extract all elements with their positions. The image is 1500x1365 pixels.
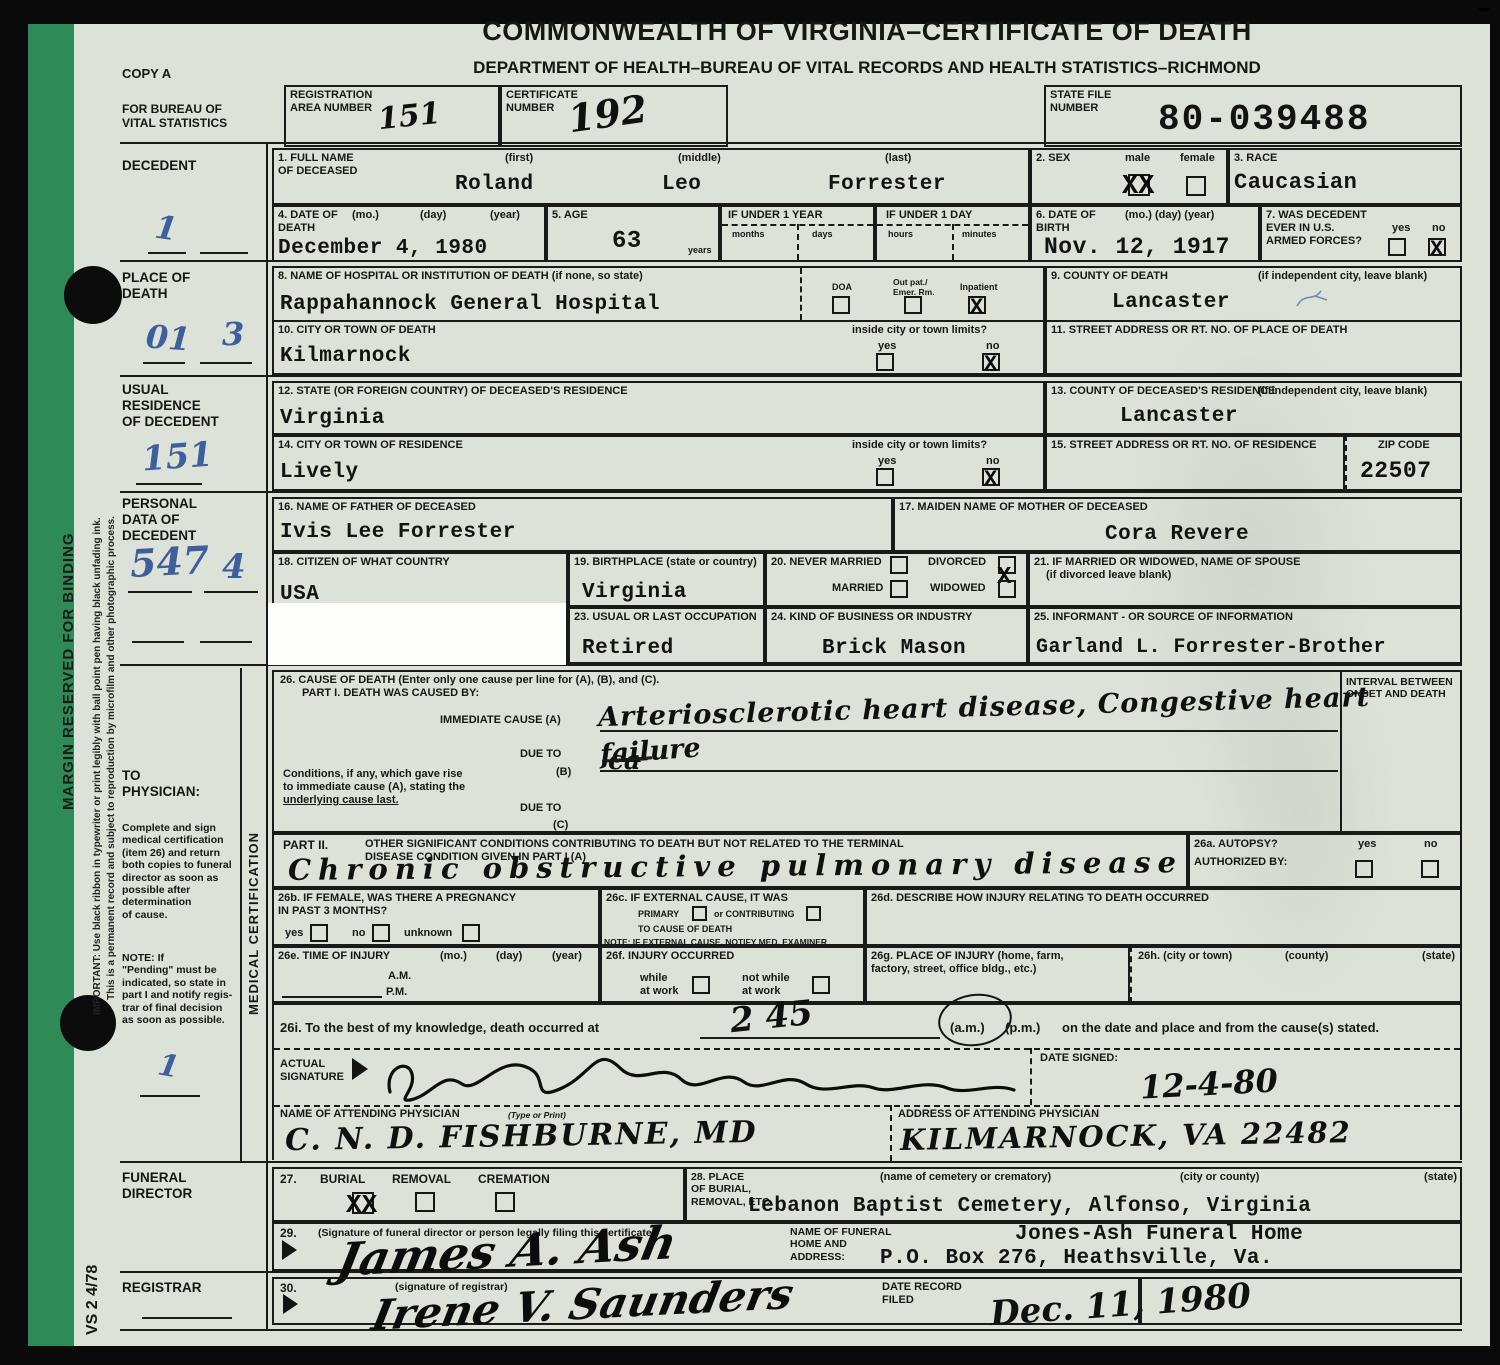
spouse-label: 21. IF MARRIED OR WIDOWED, NAME OF SPOUS… [1034, 556, 1300, 569]
rule [120, 1161, 1462, 1163]
funeral-sig-number: 29. [280, 1226, 297, 1240]
external-cause-label: 26c. IF EXTERNAL CAUSE, IT WAS [606, 892, 788, 905]
date-of-death-label: 4. DATE OF [278, 209, 338, 222]
forces-no-label: no [1432, 222, 1445, 235]
cause-b-line [600, 770, 1338, 772]
burial-city-hint: (city or county) [1180, 1171, 1259, 1184]
mo-hint: (mo.) [352, 209, 379, 222]
injury-city-label: 26h. (city or town) [1138, 950, 1232, 963]
funeral-home-address: P.O. Box 276, Heathsville, Va. [880, 1248, 1273, 1269]
middle-hint: (middle) [678, 152, 721, 165]
year-hint: (year) [490, 209, 520, 222]
copy-label: COPY A [122, 66, 171, 81]
section-decedent: DECEDENT [122, 158, 196, 174]
city-of-death-value: Kilmarnock [280, 346, 411, 367]
b-label: (B) [556, 766, 571, 779]
cremation-checkbox [495, 1192, 515, 1212]
injury-day-hint: (day) [496, 950, 522, 963]
age-label: 5. AGE [552, 209, 588, 222]
doa-checkbox [832, 296, 850, 314]
death-word-label: DEATH [278, 222, 315, 235]
actual-signature-label: ACTUAL SIGNATURE [280, 1058, 344, 1084]
autopsy-yes-checkbox [1355, 860, 1373, 878]
rule [800, 268, 802, 320]
rule [120, 142, 1462, 144]
margin-handwriting-personal-b: 4 [222, 550, 246, 584]
county-of-death-label: 9. COUNTY OF DEATH [1051, 270, 1168, 283]
place-of-injury-label: 26g. PLACE OF INJURY (home, farm, factor… [871, 950, 1064, 976]
residence-county-label: 13. COUNTY OF DECEASED'S RESIDENCE [1051, 385, 1275, 398]
blank-rule [136, 483, 202, 485]
date-of-birth-value: Nov. 12, 1917 [1044, 236, 1230, 259]
injury-county-hint: (county) [1285, 950, 1328, 963]
section-usual-residence: USUAL RESIDENCE OF DECEDENT [122, 382, 219, 430]
margin-handwriting-place-b: 3 [222, 318, 244, 350]
months-label: months [732, 229, 765, 240]
citizen-value: USA [280, 584, 319, 605]
blank-rule [204, 591, 258, 593]
injury-mo-hint: (mo.) [440, 950, 467, 963]
place-of-burial-value: Lebanon Baptist Cemetery, Alfonso, Virgi… [748, 1196, 1311, 1217]
margin-handwriting-decedent: 1 [153, 211, 180, 246]
while-at-work-label: while at work [640, 972, 679, 998]
am-paren-label: (a.m.) [950, 1020, 985, 1035]
residence-street-label: 15. STREET ADDRESS OR RT. NO. OF RESIDEN… [1051, 439, 1316, 452]
rule [1030, 1048, 1032, 1105]
female-label: female [1180, 152, 1215, 165]
death-time-post-text: on the date and place and from the cause… [1062, 1020, 1379, 1035]
hospital-label: 8. NAME OF HOSPITAL OR INSTITUTION OF DE… [278, 270, 643, 283]
inpatient-label: Inpatient [960, 282, 998, 293]
stray-pen-mark [1295, 288, 1329, 310]
section-registrar: REGISTRAR [122, 1280, 202, 1296]
contributing-label: or CONTRIBUTING [714, 909, 795, 920]
time-of-injury-label: 26e. TIME OF INJURY [278, 950, 390, 963]
pending-note: NOTE: If "Pending" must be indicated, so… [122, 952, 277, 1026]
outpatient-checkbox [904, 296, 922, 314]
conditions-note: Conditions, if any, which gave rise to i… [283, 768, 465, 794]
funeral-home-label: NAME OF FUNERAL HOME AND ADDRESS: [790, 1226, 892, 1263]
blank-rule [200, 362, 252, 364]
date-signed-label: DATE SIGNED: [1040, 1052, 1118, 1065]
male-label: male [1125, 152, 1150, 165]
section-personal-data: PERSONAL DATA OF DECEDENT [122, 496, 197, 544]
father-value: Ivis Lee Forrester [280, 522, 516, 543]
residence-state-value: Virginia [280, 408, 385, 429]
residence-county-value: Lancaster [1120, 406, 1238, 427]
age-value: 63 [612, 230, 642, 254]
whiteout-redaction [268, 603, 566, 665]
margin-binding-text: MARGIN RESERVED FOR BINDING [60, 250, 77, 810]
certificate-title: COMMONWEALTH OF VIRGINIA–CERTIFICATE OF … [272, 16, 1462, 48]
business-label: 24. KIND OF BUSINESS OR INDUSTRY [771, 611, 972, 624]
autopsy-label: 26a. AUTOPSY? [1194, 838, 1278, 851]
due-to-b-label: DUE TO [520, 748, 561, 761]
burial-state-hint: (state) [1424, 1171, 1457, 1184]
date-of-birth-label: 6. DATE OF [1036, 209, 1096, 222]
residence-yes-label: yes [878, 455, 896, 468]
part2-handwriting: Chronic obstructive pulmonary disease [288, 848, 1183, 885]
registration-area-value: 151 [377, 99, 442, 135]
city-of-death-label: 10. CITY OR TOWN OF DEATH [278, 324, 436, 337]
occupation-value: Retired [582, 638, 674, 659]
spouse-hint: (if divorced leave blank) [1046, 569, 1171, 582]
limits-yes-label: yes [878, 340, 896, 353]
cause-head-label: 26. CAUSE OF DEATH (Enter only one cause… [280, 674, 659, 687]
part1-label: PART I. DEATH WAS CAUSED BY: [302, 687, 479, 700]
zip-value: 22507 [1360, 460, 1432, 483]
rule [120, 491, 1462, 493]
first-hint: (first) [505, 152, 533, 165]
physician-address-value: KILMARNOCK, VA 22482 [900, 1118, 1352, 1155]
cremation-label: CREMATION [478, 1172, 550, 1186]
section-to-physician: TO PHYSICIAN: [122, 768, 200, 800]
pregnancy-label: 26b. IF FEMALE, WAS THERE A PREGNANCY IN… [278, 892, 516, 918]
state-file-value: 80-039488 [1158, 102, 1370, 138]
rule [266, 142, 268, 1331]
bureau-label: FOR BUREAU OF VITAL STATISTICS [122, 102, 227, 130]
scanned-death-certificate: MARGIN RESERVED FOR BINDING IMPORTANT: U… [0, 0, 1500, 1365]
mother-label: 17. MAIDEN NAME OF MOTHER OF DECEASED [899, 501, 1148, 514]
arrow-icon [352, 1058, 368, 1080]
female-checkbox [1186, 176, 1206, 196]
death-time-handwriting: 2 45 [728, 996, 814, 1038]
registration-area-label: REGISTRATION AREA NUMBER [290, 89, 372, 115]
last-hint: (last) [885, 152, 911, 165]
birthplace-label: 19. BIRTHPLACE (state or country) [574, 556, 757, 569]
sex-label: 2. SEX [1036, 152, 1070, 165]
married-checkbox [890, 580, 908, 598]
county-of-death-hint: (if independent city, leave blank) [1258, 270, 1427, 283]
margin-handwriting-residence: 151 [141, 438, 214, 477]
state-file-label: STATE FILE NUMBER [1050, 89, 1111, 115]
birthplace-value: Virginia [582, 582, 687, 603]
residence-city-value: Lively [280, 462, 359, 483]
hours-label: hours [888, 229, 913, 240]
cause-a-line [600, 730, 1338, 732]
days-label: days [812, 229, 833, 240]
pregnancy-unknown-label: unknown [404, 927, 452, 940]
forces-yes-checkbox [1388, 238, 1406, 256]
attending-physician-signature [382, 1040, 1022, 1110]
death-time-pre-text: 26i. To the best of my knowledge, death … [280, 1020, 599, 1035]
injury-occurred-label: 26f. INJURY OCCURRED [606, 950, 734, 963]
margin-handwriting-personal-a: 547 [129, 541, 210, 583]
street-of-death-label: 11. STREET ADDRESS OR RT. NO. OF PLACE O… [1051, 324, 1347, 337]
last-name-value: Forrester [828, 174, 946, 195]
father-label: 16. NAME OF FATHER OF DECEASED [278, 501, 476, 514]
race-label: 3. RACE [1234, 152, 1277, 165]
armed-forces-label: 7. WAS DECEDENT EVER IN U.S. ARMED FORCE… [1266, 209, 1367, 248]
forces-yes-label: yes [1392, 222, 1410, 235]
pregnancy-no-checkbox [372, 924, 390, 942]
rule [890, 1105, 892, 1161]
physician-instructions: Complete and sign medical certification … [122, 822, 272, 921]
blank-rule [128, 591, 192, 593]
pm-paren-label: (p.m.) [1005, 1020, 1040, 1035]
primary-label: PRIMARY [638, 909, 679, 920]
to-cause-label: TO CAUSE OF DEATH [638, 924, 732, 935]
full-name-label: 1. FULL NAME OF DECEASED [278, 152, 357, 178]
arrow-icon [282, 1240, 297, 1260]
mother-value: Cora Revere [1105, 524, 1249, 545]
underlying-note: underlying cause last. [283, 794, 399, 807]
date-signed-value: 12-4-80 [1139, 1064, 1278, 1103]
physician-name-label: NAME OF ATTENDING PHYSICIAN [280, 1108, 460, 1121]
cemetery-hint: (name of cemetery or crematory) [880, 1171, 1051, 1184]
c-label: (C) [553, 819, 568, 832]
widowed-label: WIDOWED [930, 582, 986, 595]
widowed-checkbox [998, 580, 1016, 598]
injury-description-label: 26d. DESCRIBE HOW INJURY RELATING TO DEA… [871, 892, 1209, 905]
injury-state-hint: (state) [1422, 950, 1455, 963]
outpatient-label: Out pat./ Emer. Rm. [893, 277, 935, 297]
minutes-label: minutes [962, 229, 997, 240]
divorced-label: DIVORCED [928, 556, 986, 569]
doa-label: DOA [832, 282, 852, 293]
married-label: MARRIED [832, 582, 883, 595]
burial-mark: XX [346, 1192, 377, 1218]
certificate-number-value: 192 [566, 90, 650, 139]
authorized-by-label: AUTHORIZED BY: [1194, 856, 1287, 869]
registrar-empty-cell [1140, 1277, 1462, 1325]
first-name-value: Roland [455, 174, 534, 195]
middle-name-value: Leo [662, 174, 701, 195]
rule [1340, 672, 1342, 831]
blank-rule [140, 1095, 200, 1097]
race-value: Caucasian [1234, 172, 1357, 194]
residence-city-label: 14. CITY OR TOWN OF RESIDENCE [278, 439, 463, 452]
limits-no-mark: X [984, 354, 997, 376]
business-value: Brick Mason [822, 638, 966, 659]
limits-yes-checkbox [876, 353, 894, 371]
while-at-work-checkbox [692, 976, 710, 994]
day-hint: (day) [420, 209, 446, 222]
removal-label: REMOVAL [392, 1172, 451, 1186]
injury-year-hint: (year) [552, 950, 582, 963]
margin-handwriting-place-a: 01 [145, 320, 192, 355]
residence-yes-checkbox [876, 468, 894, 486]
years-label: years [688, 245, 712, 256]
blank-rule [132, 641, 184, 643]
burial-label: BURIAL [320, 1172, 365, 1186]
pregnancy-no-label: no [352, 927, 365, 940]
burial-type-number: 27. [280, 1172, 297, 1186]
informant-value: Garland L. Forrester-Brother [1036, 638, 1386, 658]
citizen-label: 18. CITIZEN OF WHAT COUNTRY [278, 556, 450, 569]
date-record-filed-label: DATE RECORD FILED [882, 1281, 962, 1307]
rule [797, 224, 799, 260]
arrow-icon [283, 1294, 298, 1314]
limits-question: inside city or town limits? [852, 324, 987, 337]
pm-blank-line [282, 996, 382, 998]
part2-label: PART II. [283, 838, 328, 852]
section-funeral-director: FUNERAL DIRECTOR [122, 1170, 192, 1202]
rule [952, 224, 954, 260]
residence-limits-question: inside city or town limits? [852, 439, 987, 452]
under-1-day-label: IF UNDER 1 DAY [886, 209, 972, 222]
contributing-checkbox [806, 906, 821, 921]
punch-hole-bottom [60, 995, 116, 1051]
immediate-cause-label: IMMEDIATE CAUSE (A) [440, 714, 561, 727]
residence-no-mark: X [984, 469, 997, 491]
blank-rule [200, 641, 252, 643]
pregnancy-unknown-checkbox [462, 924, 480, 942]
margin-important-note-1: IMPORTANT: Use black ribbon in typewrite… [92, 285, 103, 1015]
pregnancy-yes-label: yes [285, 927, 303, 940]
blank-rule [200, 252, 248, 254]
primary-checkbox [692, 906, 707, 921]
certificate-subtitle: DEPARTMENT OF HEALTH–BUREAU OF VITAL REC… [272, 58, 1462, 78]
rule [120, 375, 1462, 377]
hospital-value: Rappahannock General Hospital [280, 294, 660, 315]
date-of-birth-hint: (mo.) (day) (year) [1125, 209, 1214, 222]
male-checkbox-mark: XX [1122, 174, 1154, 201]
physician-name-value: C. N. D. FISHBURNE, MD [285, 1118, 758, 1156]
under-1-year-label: IF UNDER 1 YEAR [728, 209, 823, 222]
county-of-death-value: Lancaster [1112, 292, 1230, 313]
autopsy-yes-label: yes [1358, 838, 1376, 851]
due-to-c-label: DUE TO [520, 802, 561, 815]
not-while-at-work-label: not while at work [742, 972, 790, 998]
forces-no-mark: X [1430, 239, 1443, 261]
rule [274, 1105, 1460, 1107]
date-of-death-value: December 4, 1980 [278, 238, 488, 259]
removal-checkbox [415, 1192, 435, 1212]
interval-label: INTERVAL BETWEEN ONSET AND DEATH [1346, 676, 1453, 701]
rule [120, 1329, 1462, 1331]
blank-rule [142, 1317, 232, 1319]
occupation-label: 23. USUAL OR LAST OCCUPATION [574, 611, 757, 624]
pregnancy-yes-checkbox [310, 924, 328, 942]
autopsy-no-label: no [1424, 838, 1437, 851]
margin-important-note-2: This is a permanent record and subject t… [106, 300, 117, 1000]
am-label: A.M. [388, 970, 411, 983]
section-place-of-death: PLACE OF DEATH [122, 270, 190, 302]
autopsy-no-checkbox [1421, 860, 1439, 878]
residence-state-label: 12. STATE (OR FOREIGN COUNTRY) OF DECEAS… [278, 385, 628, 398]
informant-label: 25. INFORMANT - OR SOURCE OF INFORMATION [1034, 611, 1293, 624]
not-while-at-work-checkbox [812, 976, 830, 994]
never-married-checkbox [890, 556, 908, 574]
inpatient-mark: X [970, 297, 983, 319]
never-married-label: 20. NEVER MARRIED [771, 556, 882, 569]
residence-county-hint: (if independent city, leave blank) [1258, 385, 1427, 398]
blank-rule [148, 252, 186, 254]
zip-label: ZIP CODE [1378, 439, 1430, 452]
blank-rule [143, 362, 185, 364]
pm-label: P.M. [386, 986, 407, 999]
funeral-home-name: Jones-Ash Funeral Home [1015, 1224, 1303, 1245]
corner-mark [1478, 8, 1490, 11]
form-code: VS 2 4/78 [84, 1215, 102, 1335]
